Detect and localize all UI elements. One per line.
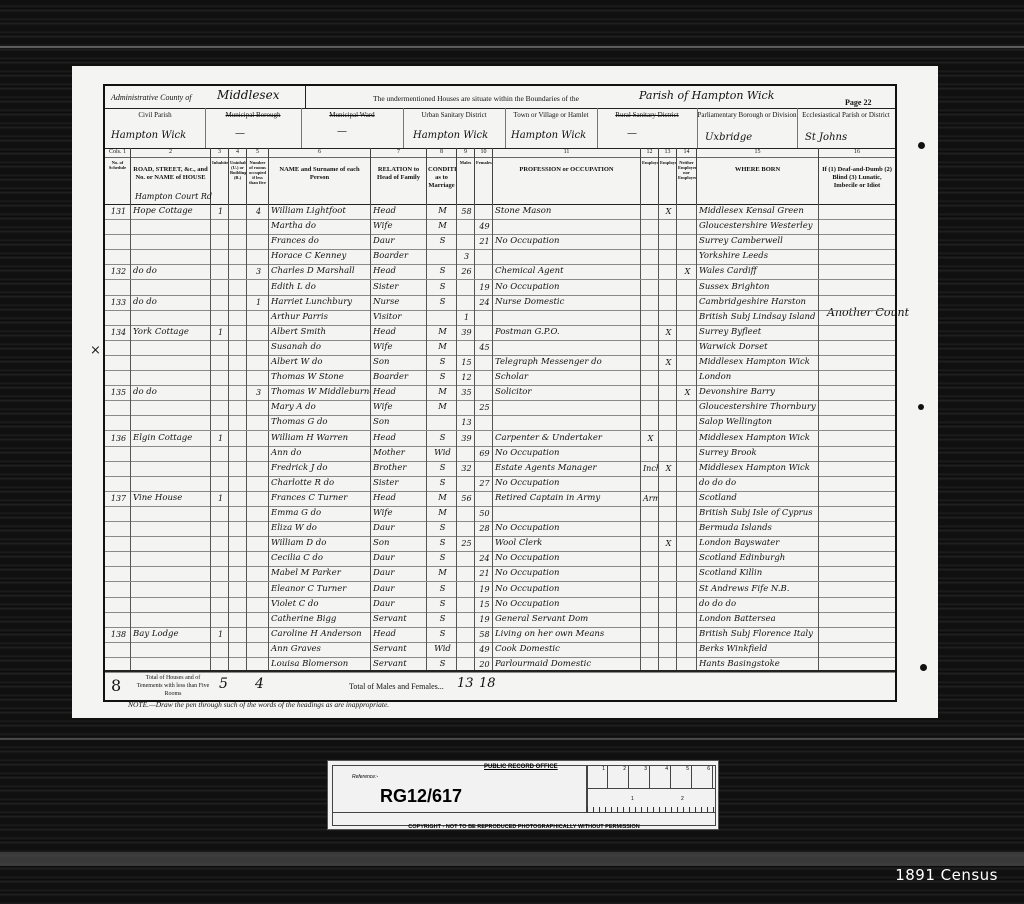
cell-house	[131, 310, 211, 325]
cell-uninh	[229, 370, 247, 385]
cell-f: 50	[475, 506, 493, 521]
cell-cond: Wid	[427, 446, 457, 461]
cell-empd	[659, 582, 677, 597]
cell-name: Ann Graves	[269, 642, 371, 657]
cell-m	[457, 597, 475, 612]
cell-cond: M	[427, 506, 457, 521]
cell-name: Eliza W do	[269, 521, 371, 536]
census-row: Martha doWifeM49Gloucestershire Westerle…	[105, 219, 895, 235]
cell-cond	[427, 310, 457, 325]
cell-inf	[819, 491, 895, 506]
column-header-infirm: 16If (1) Deaf-and-Dumb (2) Blind (3) Lun…	[819, 148, 895, 204]
cell-cond: S	[427, 521, 457, 536]
cell-born: St Andrews Fife N.B.	[697, 582, 819, 597]
cell-born: Devonshire Barry	[697, 385, 819, 400]
cell-inh	[211, 597, 229, 612]
cell-f: 24	[475, 551, 493, 566]
page-number: Page 22	[845, 98, 871, 107]
cell-emp	[641, 219, 659, 234]
copyright-notice: COPYRIGHT - NOT TO BE REPRODUCED PHOTOGR…	[408, 824, 639, 830]
cell-sch: 135	[105, 385, 131, 400]
punch-hole	[920, 664, 927, 671]
cell-cond: S	[427, 264, 457, 279]
cell-nei	[677, 310, 697, 325]
cell-rel: Brother	[371, 461, 427, 476]
column-header-uninhabited: 4Uninhabited (U.) or Building (B.)	[229, 148, 247, 204]
cell-inf	[819, 476, 895, 491]
cell-nei	[677, 627, 697, 642]
cell-emp	[641, 582, 659, 597]
cell-name: Harriet Lunchbury	[269, 295, 371, 310]
field-value: Hampton Wick	[413, 130, 488, 141]
cell-m	[457, 280, 475, 295]
cell-cond: S	[427, 461, 457, 476]
cell-m: 39	[457, 325, 475, 340]
census-form: Administrative County of Middlesex The u…	[103, 84, 897, 702]
cell-cond: S	[427, 551, 457, 566]
field-label: Municipal Borough	[205, 111, 301, 119]
column-header-relation: 7RELATION to Head of Family	[371, 148, 427, 204]
cell-sch: 136	[105, 431, 131, 446]
cell-born: Salop Wellington	[697, 415, 819, 430]
cell-rooms: 3	[247, 264, 269, 279]
cell-rel: Daur	[371, 521, 427, 536]
cell-nei	[677, 597, 697, 612]
cell-emp: X	[641, 431, 659, 446]
census-row: Albert W doSonS15Telegraph Messenger doX…	[105, 355, 895, 371]
field-label: Parliamentary Borough or Division	[697, 111, 797, 120]
total-schedules: 8	[111, 676, 121, 695]
cell-sch: 137	[105, 491, 131, 506]
cell-cond: S	[427, 597, 457, 612]
cell-house	[131, 597, 211, 612]
cell-empd	[659, 264, 677, 279]
cell-uninh	[229, 234, 247, 249]
cell-inf	[819, 415, 895, 430]
cell-rel: Head	[371, 385, 427, 400]
cell-inh: 1	[211, 627, 229, 642]
cell-house: Elgin Cottage	[131, 431, 211, 446]
cell-rooms	[247, 566, 269, 581]
cell-inh: 1	[211, 491, 229, 506]
cell-m	[457, 295, 475, 310]
cell-name: Violet C do	[269, 597, 371, 612]
cell-uninh	[229, 280, 247, 295]
census-row: Eliza W doDaurS28No OccupationBermuda Is…	[105, 521, 895, 537]
cell-house	[131, 234, 211, 249]
cell-house: Vine House	[131, 491, 211, 506]
cell-born: London Bayswater	[697, 536, 819, 551]
cell-f: 21	[475, 234, 493, 249]
cell-inf	[819, 597, 895, 612]
cell-born: Middlesex Hampton Wick	[697, 431, 819, 446]
cell-rel: Sister	[371, 476, 427, 491]
cell-m: 3	[457, 249, 475, 264]
cell-inh	[211, 461, 229, 476]
cell-inh	[211, 310, 229, 325]
cell-nei	[677, 612, 697, 627]
cell-rooms	[247, 582, 269, 597]
cell-cond: S	[427, 536, 457, 551]
census-row: 131Hope Cottage14William LightfootHeadM5…	[105, 204, 895, 220]
cell-rel: Daur	[371, 597, 427, 612]
cell-cond: M	[427, 400, 457, 415]
cell-rel: Son	[371, 536, 427, 551]
cell-rel: Sister	[371, 280, 427, 295]
cell-house: York Cottage	[131, 325, 211, 340]
cell-empd: X	[659, 536, 677, 551]
cell-f: 19	[475, 612, 493, 627]
cell-house	[131, 370, 211, 385]
cell-rooms	[247, 370, 269, 385]
cell-f	[475, 249, 493, 264]
cell-inh	[211, 264, 229, 279]
cell-inf	[819, 461, 895, 476]
cell-inf	[819, 400, 895, 415]
cell-f: 19	[475, 582, 493, 597]
cell-f: 45	[475, 340, 493, 355]
cell-inf	[819, 612, 895, 627]
cell-occ	[493, 310, 641, 325]
cell-name: Edith L do	[269, 280, 371, 295]
cell-sch: 133	[105, 295, 131, 310]
cell-nei	[677, 295, 697, 310]
cell-f	[475, 491, 493, 506]
cell-inf	[819, 204, 895, 219]
field-label: Town or Village or Hamlet	[505, 111, 597, 119]
cell-nei	[677, 461, 697, 476]
cell-empd: X	[659, 355, 677, 370]
scan-stripe	[0, 46, 1024, 48]
census-row: Emma G doWifeM50British Subj Isle of Cyp…	[105, 506, 895, 522]
cell-nei	[677, 521, 697, 536]
column-header-males: 9Males	[457, 148, 475, 204]
cell-house	[131, 415, 211, 430]
cell-name: Fredrick J do	[269, 461, 371, 476]
column-header-name: 6NAME and Surname of each Person	[269, 148, 371, 204]
cell-born: London Battersea	[697, 612, 819, 627]
cell-name: Mabel M Parker	[269, 566, 371, 581]
cell-inf	[819, 264, 895, 279]
census-row: Eleanor C TurnerDaurS19No OccupationSt A…	[105, 582, 895, 598]
cell-emp	[641, 385, 659, 400]
cell-occ: Living on her own Means	[493, 627, 641, 642]
cell-house	[131, 280, 211, 295]
census-row: 133do do1Harriet LunchburyNurseS24Nurse …	[105, 295, 895, 311]
cell-house	[131, 612, 211, 627]
cell-uninh	[229, 400, 247, 415]
punch-hole	[918, 404, 924, 410]
cell-rel: Head	[371, 491, 427, 506]
cell-m	[457, 551, 475, 566]
cell-rel: Mother	[371, 446, 427, 461]
cell-f	[475, 461, 493, 476]
cell-rel: Nurse	[371, 295, 427, 310]
cell-rel: Head	[371, 325, 427, 340]
census-row: Ann GravesServantWid49Cook DomesticBerks…	[105, 642, 895, 658]
reference-card: PUBLIC RECORD OFFICE Reference:- RG12/61…	[327, 760, 719, 830]
cell-cond: M	[427, 325, 457, 340]
cell-empd	[659, 551, 677, 566]
cell-name: Catherine Bigg	[269, 612, 371, 627]
cell-born: Bermuda Islands	[697, 521, 819, 536]
cell-born: Gloucestershire Thornbury	[697, 400, 819, 415]
cell-uninh	[229, 264, 247, 279]
cell-house	[131, 476, 211, 491]
cell-rel: Servant	[371, 642, 427, 657]
cell-empd	[659, 415, 677, 430]
scale-mark: 6	[692, 766, 713, 788]
cell-emp	[641, 446, 659, 461]
cell-cond	[427, 415, 457, 430]
cell-m	[457, 400, 475, 415]
cell-f	[475, 536, 493, 551]
cell-inh	[211, 566, 229, 581]
cell-inf	[819, 566, 895, 581]
cell-cond: S	[427, 370, 457, 385]
cell-rooms	[247, 340, 269, 355]
cell-emp	[641, 476, 659, 491]
cell-inh	[211, 476, 229, 491]
cell-uninh	[229, 219, 247, 234]
cell-rooms	[247, 476, 269, 491]
cell-born: British Subj Isle of Cyprus	[697, 506, 819, 521]
cell-f	[475, 370, 493, 385]
cell-name: Arthur Parris	[269, 310, 371, 325]
cell-nei	[677, 219, 697, 234]
boundary-text: The undermentioned Houses are situate wi…	[373, 94, 579, 103]
cell-uninh	[229, 551, 247, 566]
cell-inh	[211, 249, 229, 264]
cell-occ	[493, 219, 641, 234]
cell-empd	[659, 566, 677, 581]
column-number: 8	[427, 148, 456, 158]
column-number: 6	[269, 148, 370, 158]
cell-rel: Head	[371, 264, 427, 279]
cell-cond	[427, 249, 457, 264]
cell-sch	[105, 446, 131, 461]
field-label: Urban Sanitary District	[403, 111, 505, 119]
cell-rooms	[247, 446, 269, 461]
cell-occ: Estate Agents Manager	[493, 461, 641, 476]
column-label: No. of Schedule	[105, 158, 130, 170]
cell-rel: Wife	[371, 506, 427, 521]
cell-uninh	[229, 461, 247, 476]
cell-rel: Boarder	[371, 249, 427, 264]
cell-name: Emma G do	[269, 506, 371, 521]
cell-empd	[659, 627, 677, 642]
column-label: Neither Employer nor Employed	[677, 158, 696, 180]
cell-sch	[105, 415, 131, 430]
cell-empd	[659, 642, 677, 657]
cell-house	[131, 642, 211, 657]
cell-born: Berks Winkfield	[697, 642, 819, 657]
cell-emp	[641, 551, 659, 566]
scale-mark: 2	[608, 766, 629, 788]
cell-nei	[677, 582, 697, 597]
cell-occ: Telegraph Messenger do	[493, 355, 641, 370]
cell-occ: Carpenter & Undertaker	[493, 431, 641, 446]
cell-house	[131, 506, 211, 521]
cell-nei	[677, 280, 697, 295]
cell-house	[131, 566, 211, 581]
census-row: 134York Cottage1Albert SmithHeadM39Postm…	[105, 325, 895, 341]
census-row: Horace C KenneyBoarder3Yorkshire Leeds	[105, 249, 895, 265]
cell-born: London	[697, 370, 819, 385]
cell-inf	[819, 506, 895, 521]
cell-rooms: 3	[247, 385, 269, 400]
cell-sch	[105, 219, 131, 234]
header-fields: Civil Parish Hampton Wick Municipal Boro…	[105, 108, 895, 149]
cell-inh	[211, 536, 229, 551]
column-header-condition: 8CONDITION as to Marriage	[427, 148, 457, 204]
cell-uninh	[229, 431, 247, 446]
cell-rel: Head	[371, 431, 427, 446]
cell-born: Surrey Camberwell	[697, 234, 819, 249]
census-row: Cecilia C doDaurS24No OccupationScotland…	[105, 551, 895, 567]
census-row: Edith L doSisterS19No OccupationSussex B…	[105, 280, 895, 296]
census-row: 137Vine House1Frances C TurnerHeadM56Ret…	[105, 491, 895, 507]
cell-inh	[211, 340, 229, 355]
cell-nei	[677, 566, 697, 581]
cell-house	[131, 521, 211, 536]
column-label: Uninhabited (U.) or Building (B.)	[229, 158, 246, 180]
cell-m: 12	[457, 370, 475, 385]
cell-emp	[641, 264, 659, 279]
cell-inf	[819, 249, 895, 264]
cell-name: Charlotte R do	[269, 476, 371, 491]
cell-sch	[105, 400, 131, 415]
total-tenements: 4	[255, 676, 264, 692]
cell-inh	[211, 355, 229, 370]
cell-name: Albert Smith	[269, 325, 371, 340]
cell-name: Martha do	[269, 219, 371, 234]
cell-inh: 1	[211, 325, 229, 340]
cell-inh	[211, 521, 229, 536]
cell-occ	[493, 415, 641, 430]
cell-m	[457, 234, 475, 249]
cell-born: do do do	[697, 597, 819, 612]
cell-sch	[105, 310, 131, 325]
cell-name: Frances C Turner	[269, 491, 371, 506]
cell-nei	[677, 234, 697, 249]
cell-cond: M	[427, 385, 457, 400]
census-row: Arthur ParrisVisitor1British Subj Lindsa…	[105, 310, 895, 326]
column-label: NAME and Surname of each Person	[269, 158, 370, 182]
cell-rooms: 1	[247, 295, 269, 310]
cell-emp: Inch	[641, 461, 659, 476]
cell-nei	[677, 476, 697, 491]
cell-name: Thomas W Middleburne	[269, 385, 371, 400]
cell-cond: S	[427, 431, 457, 446]
cell-rooms	[247, 521, 269, 536]
cell-m	[457, 612, 475, 627]
field-value: —	[337, 126, 347, 137]
cell-born: Middlesex Kensal Green	[697, 204, 819, 219]
cell-emp	[641, 295, 659, 310]
cell-uninh	[229, 627, 247, 642]
cell-f: 28	[475, 521, 493, 536]
column-header-neither: 14Neither Employer nor Employed	[677, 148, 697, 204]
cell-empd	[659, 476, 677, 491]
cell-born: Middlesex Hampton Wick	[697, 355, 819, 370]
scale-ruler	[587, 788, 715, 813]
cell-emp	[641, 627, 659, 642]
cell-rel: Daur	[371, 551, 427, 566]
cell-uninh	[229, 476, 247, 491]
cell-born: Warwick Dorset	[697, 340, 819, 355]
census-row: Fredrick J doBrotherS32Estate Agents Man…	[105, 461, 895, 477]
cell-empd	[659, 219, 677, 234]
cell-born: British Subj Florence Italy	[697, 627, 819, 642]
cell-inf	[819, 340, 895, 355]
cell-inh	[211, 415, 229, 430]
cell-occ	[493, 506, 641, 521]
column-number: 4	[229, 148, 246, 158]
cell-sch	[105, 370, 131, 385]
cell-nei	[677, 370, 697, 385]
cell-house	[131, 219, 211, 234]
cell-empd	[659, 385, 677, 400]
cell-f: 58	[475, 627, 493, 642]
cell-inf	[819, 521, 895, 536]
cell-sch	[105, 612, 131, 627]
cell-empd	[659, 340, 677, 355]
cell-rel: Wife	[371, 340, 427, 355]
cell-name: Thomas W Stone	[269, 370, 371, 385]
cell-uninh	[229, 325, 247, 340]
cell-house	[131, 400, 211, 415]
cell-empd: X	[659, 325, 677, 340]
cell-sch	[105, 476, 131, 491]
column-headers: Cols. 1No. of Schedule2ROAD, STREET, &c.…	[105, 148, 895, 205]
cell-cond: S	[427, 234, 457, 249]
cell-emp	[641, 325, 659, 340]
cell-occ: General Servant Dom	[493, 612, 641, 627]
cell-rooms	[247, 461, 269, 476]
total-females: 18	[479, 676, 496, 691]
column-header-inhabited: 3Inhabited	[211, 148, 229, 204]
cell-born: Surrey Brook	[697, 446, 819, 461]
cell-inf	[819, 446, 895, 461]
cell-uninh	[229, 446, 247, 461]
cell-cond: M	[427, 204, 457, 219]
cell-name: Thomas G do	[269, 415, 371, 430]
cell-empd	[659, 431, 677, 446]
cell-name: Susanah do	[269, 340, 371, 355]
punch-hole	[918, 142, 925, 149]
column-number: 3	[211, 148, 228, 158]
office-label: PUBLIC RECORD OFFICE	[484, 764, 558, 770]
cell-nei	[677, 642, 697, 657]
cell-empd: X	[659, 461, 677, 476]
cell-name: Mary A do	[269, 400, 371, 415]
cell-f: 24	[475, 295, 493, 310]
cell-born: Middlesex Hampton Wick	[697, 461, 819, 476]
census-row: Charlotte R doSisterS27No Occupationdo d…	[105, 476, 895, 492]
field-value: Hampton Wick	[111, 130, 186, 141]
cell-m	[457, 476, 475, 491]
cell-name: Frances do	[269, 234, 371, 249]
cell-rel: Daur	[371, 234, 427, 249]
cell-m: 13	[457, 415, 475, 430]
cell-sch	[105, 461, 131, 476]
reference-label: Reference:-	[352, 774, 378, 780]
cell-sch	[105, 355, 131, 370]
cell-nei: X	[677, 264, 697, 279]
cell-empd	[659, 370, 677, 385]
census-row: Mary A doWifeM25Gloucestershire Thornbur…	[105, 400, 895, 416]
